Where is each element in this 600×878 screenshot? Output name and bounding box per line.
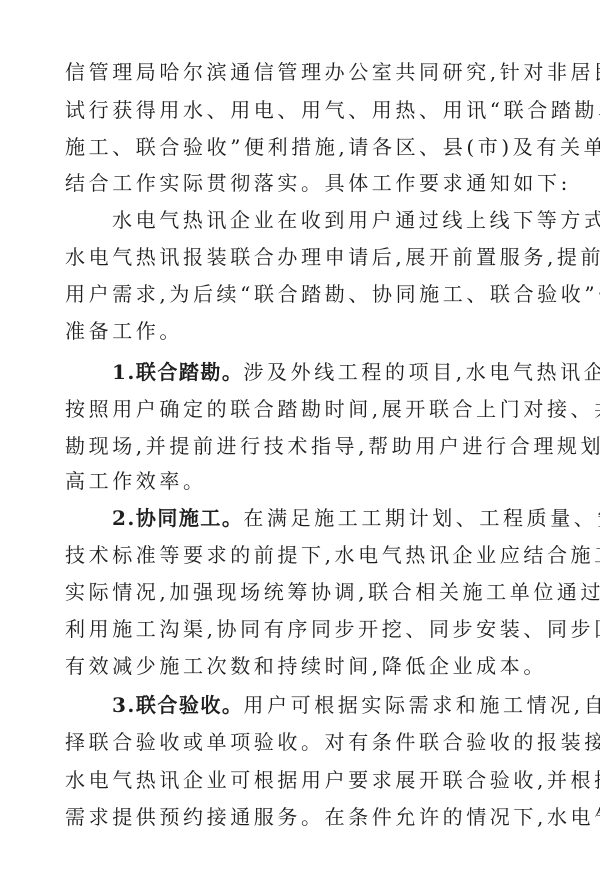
item-2-first-text: 在满足施工工期计划、工程质量、安全及	[243, 506, 600, 530]
item-1-heading: 1.联合踏勘。	[112, 360, 243, 384]
intro-line-1: 信管理局哈尔滨通信管理办公室共同研究,针对非居民用户	[65, 57, 545, 87]
item-2-first-line: 2.协同施工。在满足施工工期计划、工程质量、安全及	[112, 503, 592, 533]
item-3-first-text: 用户可根据实际需求和施工情况,自主选	[243, 693, 600, 717]
item-2-line-4: 利用施工沟渠,协同有序同步开挖、同步安装、同步回填,	[65, 614, 545, 644]
item-3-first-line: 3.联合验收。用户可根据实际需求和施工情况,自主选	[112, 690, 592, 720]
prep-line-2: 水电气热讯报装联合办理申请后,展开前置服务,提前了解	[65, 242, 545, 272]
item-2-line-5: 有效减少施工次数和持续时间,降低企业成本。	[65, 651, 545, 681]
intro-line-3: 施工、联合验收”便利措施,请各区、县(市)及有关单位	[65, 132, 545, 162]
document-page: 信管理局哈尔滨通信管理办公室共同研究,针对非居民用户 试行获得用水、用电、用气、…	[0, 0, 600, 878]
item-1-first-text: 涉及外线工程的项目,水电气热讯企业应	[243, 360, 600, 384]
item-2-line-3: 实际情况,加强现场统筹协调,联合相关施工单位通过共享	[65, 577, 545, 607]
item-1-line-2: 按照用户确定的联合踏勘时间,展开联合上门对接、共同踏	[65, 394, 545, 424]
item-3-line-4: 需求提供预约接通服务。在条件允许的情况下,水电气热讯	[65, 802, 545, 832]
item-1-line-4: 高工作效率。	[65, 466, 545, 496]
item-3-line-3: 水电气热讯企业可根据用户要求展开联合验收,并根据用户	[65, 765, 545, 795]
item-2-line-2: 技术标准等要求的前提下,水电气热讯企业应结合施工现场	[65, 540, 545, 570]
item-1-first-line: 1.联合踏勘。涉及外线工程的项目,水电气热讯企业应	[112, 357, 592, 387]
item-2-heading: 2.协同施工。	[112, 506, 243, 530]
intro-line-2: 试行获得用水、用电、用气、用热、用讯“联合踏勘、协同	[65, 95, 545, 125]
prep-line-1: 水电气热讯企业在收到用户通过线上线下等方式提交	[112, 205, 592, 235]
item-3-heading: 3.联合验收。	[112, 693, 243, 717]
prep-line-4: 准备工作。	[65, 316, 545, 346]
prep-line-3: 用户需求,为后续“联合踏勘、协同施工、联合验收”做好	[65, 279, 545, 309]
item-3-line-2: 择联合验收或单项验收。对有条件联合验收的报装接入项目,	[65, 727, 545, 757]
item-1-line-3: 勘现场,并提前进行技术指导,帮助用户进行合理规划,提	[65, 431, 545, 461]
intro-line-4: 结合工作实际贯彻落实。具体工作要求通知如下:	[65, 168, 545, 198]
